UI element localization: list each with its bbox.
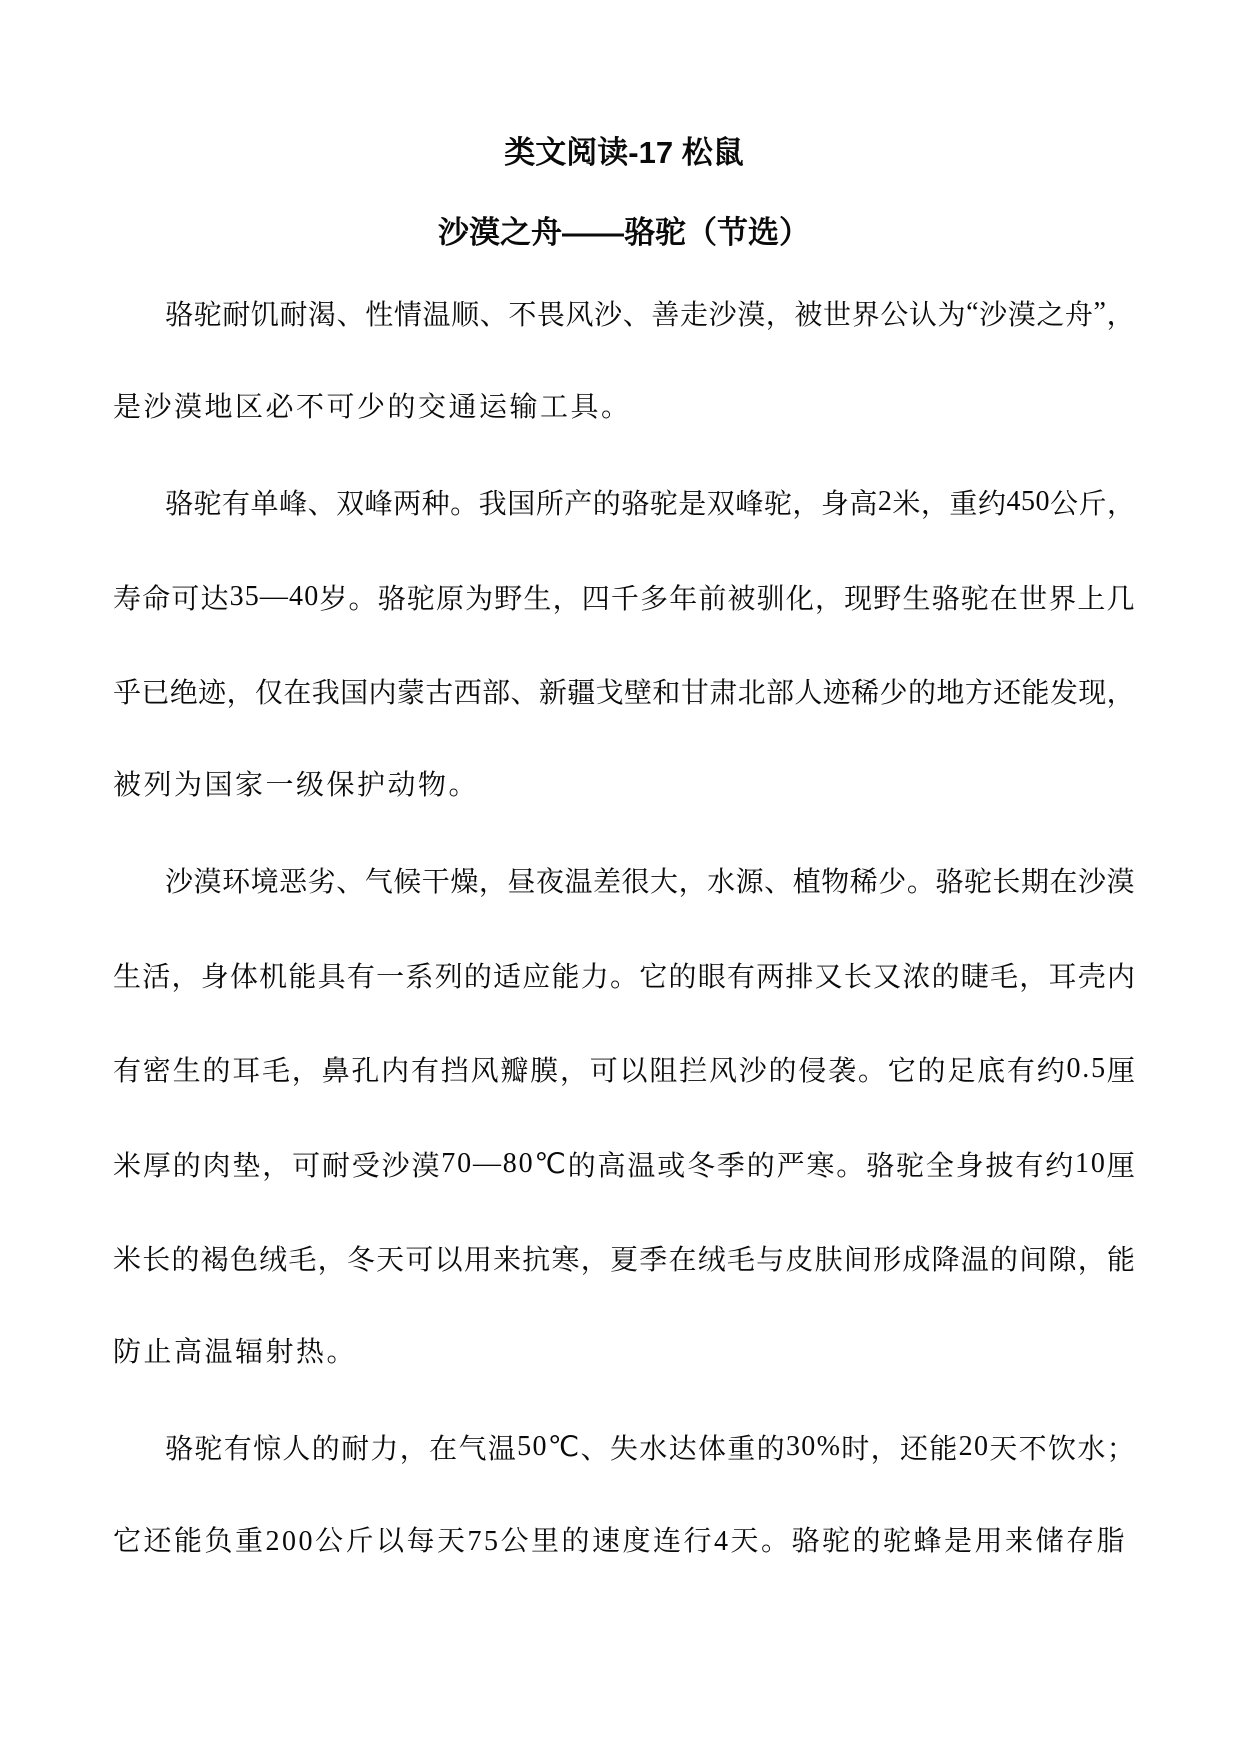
text-line: 沙漠环境恶劣、气候干燥，昼夜温差很大，水源、植物稀少。骆驼长期在沙漠 [113,833,1135,928]
page-title: 类文阅读-17 松鼠 [113,133,1135,173]
text-line: 寿命可达35—40岁。骆驼原为野生，四千多年前被驯化，现野生骆驼在世界上几 [113,550,1135,645]
text-line: 骆驼有单峰、双峰两种。我国所产的骆驼是双峰驼，身高2米，重约450公斤， [113,455,1135,550]
text-line: 是沙漠地区必不可少的交通运输工具。 [113,361,1135,456]
text-line: 乎已绝迹，仅在我国内蒙古西部、新疆戈壁和甘肃北部人迹稀少的地方还能发现， [113,644,1135,739]
article-title: 沙漠之舟——骆驼（节选） [113,213,1135,253]
text-line: 它还能负重200公斤以每天75公里的速度连行4天。骆驼的驼蜂是用来储存脂 [113,1495,1135,1590]
article-body: 骆驼耐饥耐渴、性情温顺、不畏风沙、善走沙漠，被世界公认为“沙漠之舟”，是沙漠地区… [113,266,1135,1589]
text-line: 生活，身体机能具有一系列的适应能力。它的眼有两排又长又浓的睫毛，耳壳内 [113,928,1135,1023]
document-page: 类文阅读-17 松鼠 沙漠之舟——骆驼（节选） 骆驼耐饥耐渴、性情温顺、不畏风沙… [0,0,1241,1754]
text-line: 被列为国家一级保护动物。 [113,739,1135,834]
text-line: 骆驼有惊人的耐力，在气温50℃、失水达体重的30%时，还能20天不饮水； [113,1400,1135,1495]
text-line: 米厚的肉垫，可耐受沙漠70—80℃的高温或冬季的严寒。骆驼全身披有约10厘 [113,1117,1135,1212]
text-line: 米长的褐色绒毛，冬天可以用来抗寒，夏季在绒毛与皮肤间形成降温的间隙，能 [113,1211,1135,1306]
text-line: 有密生的耳毛，鼻孔内有挡风瓣膜，可以阻拦风沙的侵袭。它的足底有约0.5厘 [113,1022,1135,1117]
text-line: 防止高温辐射热。 [113,1306,1135,1401]
text-line: 骆驼耐饥耐渴、性情温顺、不畏风沙、善走沙漠，被世界公认为“沙漠之舟”， [113,266,1135,361]
